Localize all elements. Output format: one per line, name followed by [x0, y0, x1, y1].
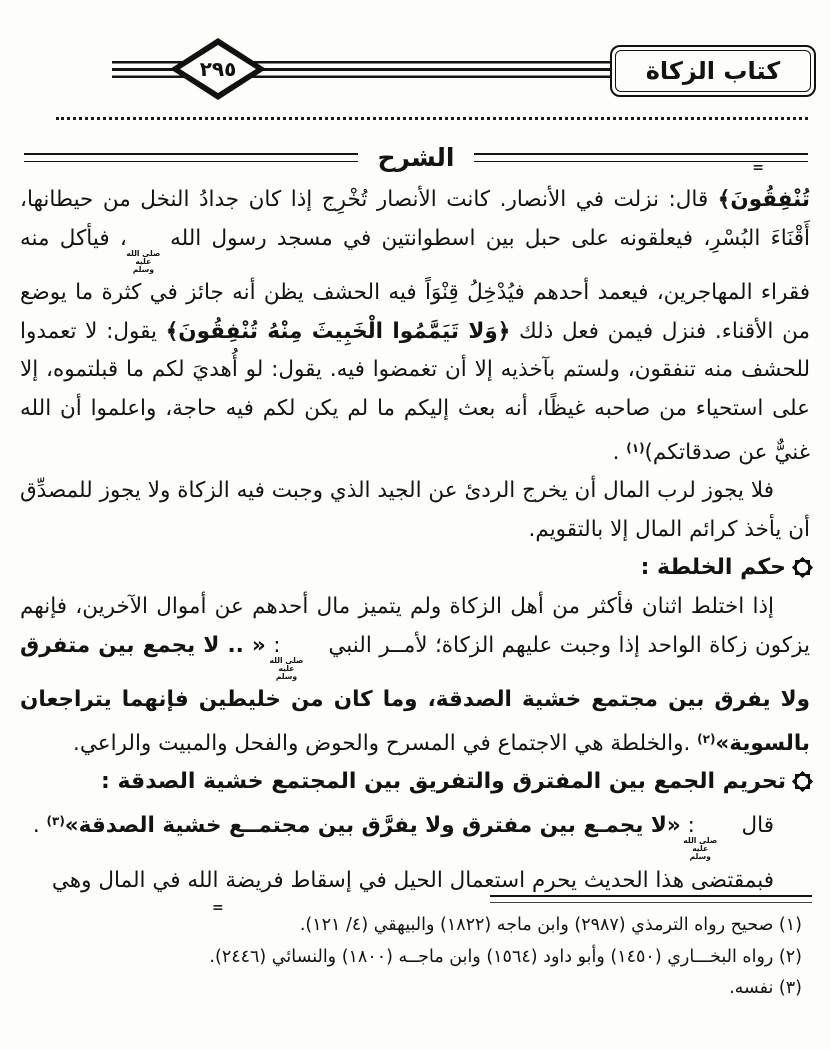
- heading-tahrim-jam: تحريم الجمع بين المفترق والتفريق بين الم…: [20, 763, 810, 802]
- book-title-box: كتاب الزكاة: [610, 45, 816, 97]
- quran-verse: ﴿وَلا تَيَمَّمُوا الْخَبِيثَ مِنْهُ تُنْ…: [166, 319, 511, 344]
- text-run: .: [613, 440, 627, 465]
- text-run: .والخلطة هي الاجتماع في المسرح والحوض وا…: [73, 731, 697, 756]
- sallallahu-alayhi-wasallam-icon: صلى اللهعليهوسلم: [288, 657, 321, 682]
- text-run: قال: [735, 813, 774, 838]
- footnote-marker-2: (٢): [697, 732, 715, 746]
- continuation-mark-top: =: [752, 160, 764, 176]
- paragraph-khultah: إذا اختلط اثنان فأكثر من أهل الزكاة ولم …: [20, 588, 810, 763]
- paragraph-ruling: فلا يجوز لرب المال أن يخرج الردئ عن الجي…: [20, 472, 810, 549]
- heading-text: تحريم الجمع بين المفترق والتفريق بين الم…: [101, 769, 786, 794]
- footnote-marker-3: (٣): [47, 814, 65, 828]
- text-run: :: [681, 813, 702, 838]
- footnote: (٢) رواه البخـــاري (١٤٥٠) وأبو داود (١٥…: [20, 942, 802, 974]
- paragraph-tafsir: تُنْفِقُونَ﴾ قال: نزلت في الأنصار. كانت …: [20, 181, 810, 472]
- sallallahu-alayhi-wasallam-icon: صلى اللهعليهوسلم: [127, 250, 160, 275]
- scanned-book-page: ٢٩٥ كتاب الزكاة الشرح = تُنْفِقُونَ﴾ قال…: [0, 0, 830, 1050]
- footnote-separator: [490, 895, 812, 903]
- page-number-diamond-inner: ٢٩٥: [180, 45, 256, 93]
- heading-khultah: حكم الخلطة :: [20, 549, 810, 588]
- page-number: ٢٩٥: [200, 57, 237, 81]
- footnotes-block: (١) صحيح رواه الترمذي (٢٩٨٧) وابن ماجه (…: [20, 910, 802, 1005]
- honorific-line: وسلم: [276, 673, 333, 681]
- quran-verse-tail: تُنْفِقُونَ﴾: [718, 187, 810, 212]
- dotted-separator: [56, 117, 808, 120]
- text-run: قال: نزلت في الأنصار. كانت الأنصار تُخْر…: [20, 187, 810, 251]
- page-number-diamond: ٢٩٥: [170, 38, 266, 100]
- footnote-marker-1: (١): [626, 441, 644, 455]
- section-rule-left: [24, 153, 358, 162]
- sallallahu-alayhi-wasallam-icon: صلى اللهعليهوسلم: [702, 837, 735, 862]
- body-text: تُنْفِقُونَ﴾ قال: نزلت في الأنصار. كانت …: [20, 181, 810, 900]
- section-header-row: الشرح: [24, 143, 808, 172]
- honorific-line: وسلم: [133, 266, 154, 274]
- book-title: كتاب الزكاة: [646, 57, 781, 85]
- rub-el-hizb-icon: [795, 560, 810, 575]
- honorific-line: وسلم: [690, 853, 747, 861]
- text-run: :: [266, 633, 288, 658]
- paragraph-hadith: قال صلى اللهعليهوسلم : «لا يجمـع بين مفت…: [20, 802, 810, 862]
- heading-text: حكم الخلطة :: [641, 555, 786, 580]
- footnote: (٣) نفسه.: [20, 973, 802, 1005]
- text-run: .: [33, 813, 47, 838]
- hadith-text: «لا يجمـع بين مفترق ولا يفرَّق بين مجتمـ…: [65, 813, 681, 838]
- rub-el-hizb-icon: [795, 774, 810, 789]
- section-title: الشرح: [370, 143, 463, 172]
- footnote: (١) صحيح رواه الترمذي (٢٩٨٧) وابن ماجه (…: [20, 910, 802, 942]
